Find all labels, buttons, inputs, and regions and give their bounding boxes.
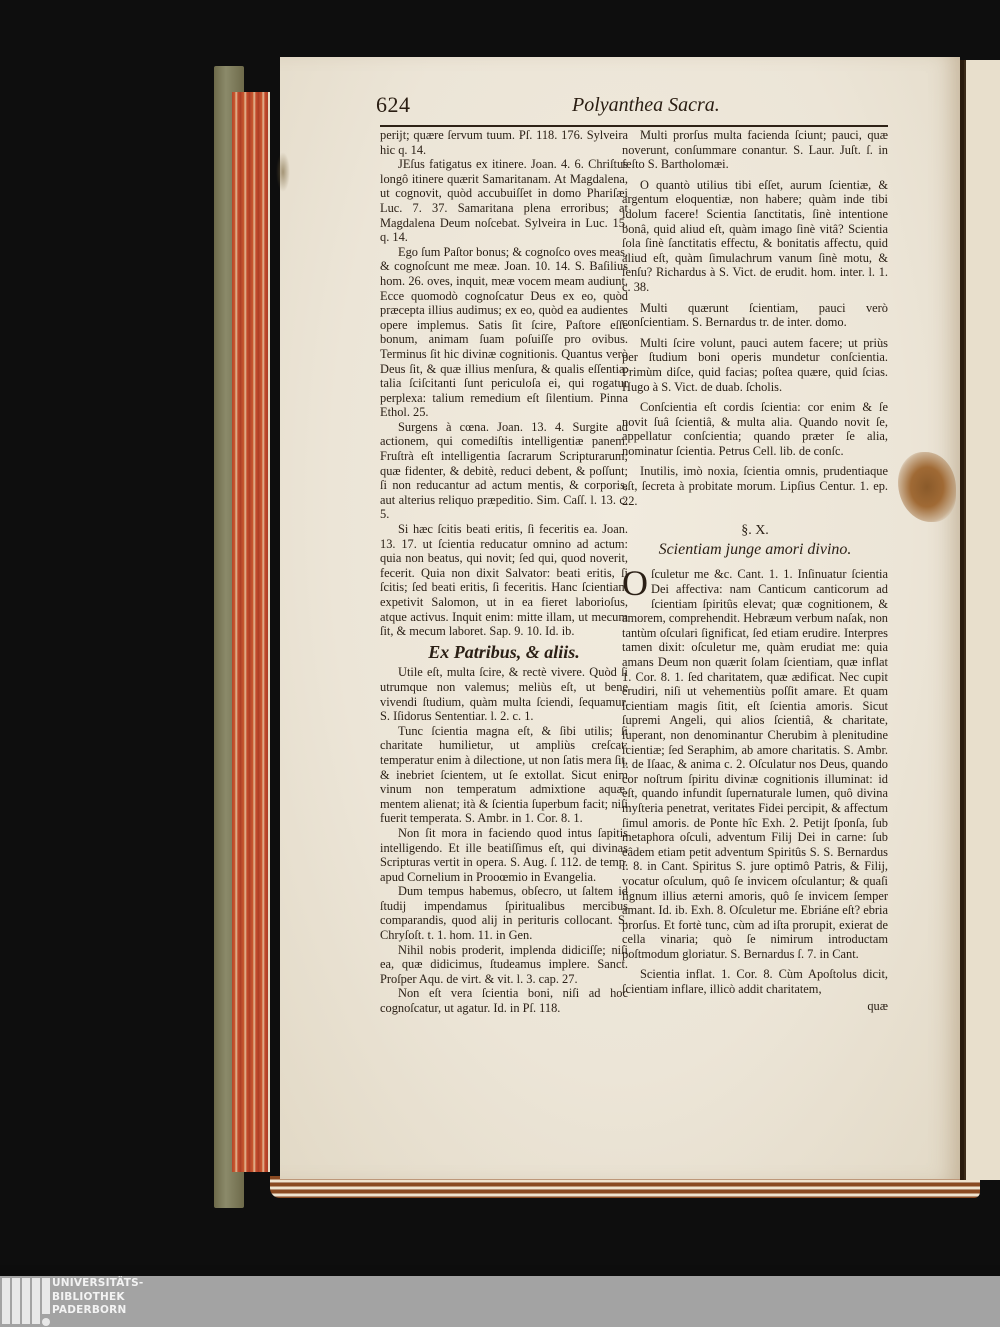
paragraph: Dum tempus habemus, obſecro, ut ſaltem i… xyxy=(380,884,628,942)
paragraph: Utile eſt, multa ſcire, & rectè vivere. … xyxy=(380,665,628,723)
left-column: perijt; quære ſervum tuum. Pſ. 118. 176.… xyxy=(380,128,628,1016)
paragraph: Surgens à cœna. Joan. 13. 4. Surgite ad … xyxy=(380,420,628,522)
section-title: Scientiam junge amori divino. xyxy=(622,543,888,558)
running-title: Polyanthea Sacra. xyxy=(572,94,720,117)
red-page-edges xyxy=(232,92,270,1172)
paragraph: Tunc ſcientia magna eſt, & ſibi utilis; … xyxy=(380,724,628,826)
logo-line: PADERBORN xyxy=(52,1304,143,1318)
catchword: quæ xyxy=(622,999,888,1014)
section-heading: Ex Patribus, & aliis. xyxy=(380,645,628,660)
paragraph: Ego ſum Paſtor bonus; & cognoſco oves me… xyxy=(380,245,628,420)
paragraph: Multi prorſus multa facienda ſciunt; pau… xyxy=(622,128,888,172)
paragraph: perijt; quære ſervum tuum. Pſ. 118. 176.… xyxy=(380,128,628,157)
paragraph: Multi quærunt ſcientiam, pauci verò conſ… xyxy=(622,301,888,330)
paragraph: O quantò utilius tibi eſſet, aurum ſcien… xyxy=(622,178,888,295)
paragraph: Multi ſcire volunt, pauci autem facere; … xyxy=(622,336,888,394)
paragraph: JEſus fatigatus ex itinere. Joan. 4. 6. … xyxy=(380,157,628,245)
paragraph-with-dropcap: Oſculetur me &c. Cant. 1. 1. Inſinuatur … xyxy=(622,567,888,961)
page-number: 624 xyxy=(376,92,411,118)
logo-line: BIBLIOTHEK xyxy=(52,1291,143,1305)
drop-cap: O xyxy=(622,569,648,597)
paragraph: Scientia inflat. 1. Cor. 8. Cùm Apoſtolu… xyxy=(622,967,888,996)
right-column: Multi prorſus multa facienda ſciunt; pau… xyxy=(622,128,888,1013)
paragraph: Inutilis, imò noxia, ſcientia omnis, pru… xyxy=(622,464,888,508)
logo-line: UNIVERSITÄTS- xyxy=(52,1277,143,1291)
section-number: §. X. xyxy=(622,524,888,539)
page-bottom-edges xyxy=(270,1176,980,1198)
paragraph: Si hæc ſcitis beati eritis, ſi feceritis… xyxy=(380,522,628,639)
paragraph: Non ſit mora in faciendo quod intus ſapi… xyxy=(380,826,628,884)
header-rule xyxy=(380,125,888,127)
paragraph: Nihil nobis proderit, implenda didiciſſe… xyxy=(380,943,628,987)
library-name: UNIVERSITÄTS- BIBLIOTHEK PADERBORN xyxy=(52,1277,143,1318)
running-head: 624 Polyanthea Sacra. xyxy=(376,92,886,124)
paragraph-text: ſculetur me &c. Cant. 1. 1. Inſinuatur ſ… xyxy=(622,567,888,960)
facing-page-edge xyxy=(960,60,1000,1180)
paragraph: Non eſt vera ſcientia boni, niſi ad hoc … xyxy=(380,986,628,1015)
footer-logo-bar: UNIVERSITÄTS- BIBLIOTHEK PADERBORN xyxy=(0,1276,1000,1327)
paragraph: Conſcientia eſt cordis ſcientia: cor eni… xyxy=(622,400,888,458)
margin-stain xyxy=(276,152,290,192)
